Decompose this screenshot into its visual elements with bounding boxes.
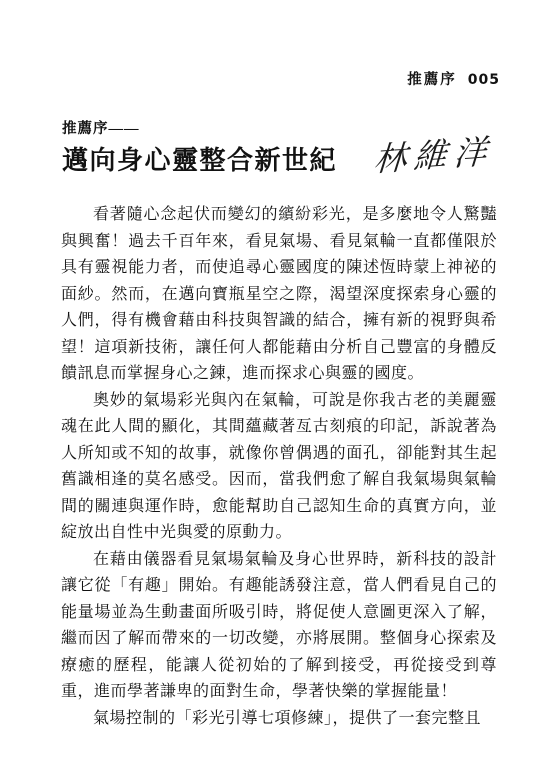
body-text: 看著隨心念起伏而變幻的繽紛彩光，是多麼地令人驚豔與興奮！過去千百年來，看見氣場、… [61,202,497,732]
page-number: 005 [468,72,500,88]
running-header: 推薦序 005 [407,68,500,89]
paragraph-1: 看著隨心念起伏而變幻的繽紛彩光，是多麼地令人驚豔與興奮！過去千百年來，看見氣場、… [61,202,497,388]
title-block: 推薦序—— 邁向身心靈整合新世紀 [62,117,362,176]
preface-kicker: 推薦序—— [62,117,362,138]
paragraph-3: 在藉由儀器看見氣場氣輪及身心世界時，新科技的設計讓它從「有趣」開始。有趣能誘發注… [61,547,497,706]
running-header-section-label: 推薦序 [407,68,457,89]
paragraph-2: 奧妙的氣場彩光與內在氣輪，可說是你我古老的美麗靈魂在此人間的顯化，其間蘊藏著亙古… [61,388,497,547]
paragraph-4-truncated: 氣場控制的「彩光引導七項修練」，提供了一套完整且 [61,706,497,733]
author-signature: 林維洋 [372,125,495,181]
book-page: 推薦序 005 推薦序—— 邁向身心靈整合新世紀 林維洋 看著隨心念起伏而變幻的… [0,0,558,764]
chapter-title: 邁向身心靈整合新世紀 [62,145,362,176]
